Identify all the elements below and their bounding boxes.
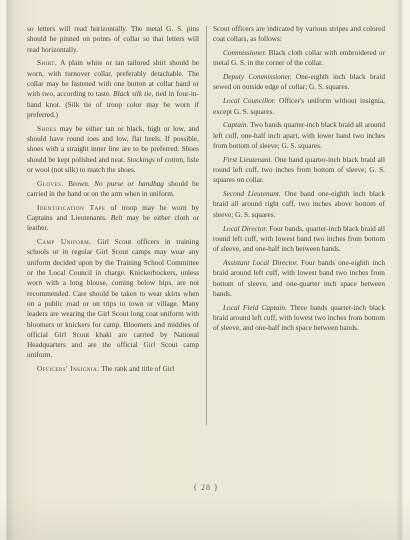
paragraph: Assistant Local Director. Four bands one…: [213, 258, 385, 299]
paragraph: First Lieutenant. One band quarter-inch …: [213, 155, 385, 186]
paragraph-lead: No purse or handbag: [94, 179, 164, 188]
paragraph-lead: Local Director.: [223, 224, 267, 233]
text-segment: Scout officers are indicated by various …: [213, 24, 385, 43]
paragraph-lead: Camp Uniform.: [37, 237, 91, 246]
paragraph: Scout officers are indicated by various …: [213, 24, 385, 45]
paragraph: Local Councillor. Officer's uniform with…: [213, 96, 385, 117]
paragraph-lead: First Lieutenant.: [223, 155, 272, 164]
paragraph-lead: Local Councillor.: [223, 96, 276, 105]
paragraph: Second Lieutenant. One band one-eighth i…: [213, 189, 385, 220]
right-column: Scout officers are indicated by various …: [213, 24, 385, 378]
text-segment: Girl Scout officers in training schools …: [27, 237, 199, 359]
paragraph-lead: Second Lieutenant.: [223, 189, 281, 198]
paragraph-lead: Shirt.: [37, 58, 57, 67]
paragraph-lead: Officers' Insignia.: [37, 364, 99, 373]
scanned-book-page: so letters will read horizontally. The m…: [0, 0, 410, 540]
paragraph-lead: Shoes: [37, 124, 57, 133]
paragraph-lead: Belt: [111, 213, 123, 222]
paragraph-lead: Gloves.: [37, 179, 64, 188]
paragraph: so letters will read horizontally. The m…: [27, 24, 199, 55]
paragraph: Officers' Insignia. The rank and title o…: [27, 364, 199, 374]
paragraph: Captain. Two bands quarter-inch black br…: [213, 120, 385, 151]
text-segment: Brown.: [64, 179, 94, 188]
page-number: { 28 }: [27, 483, 385, 492]
paragraph-lead: Deputy Commissioner.: [223, 72, 292, 81]
left-column: so letters will read horizontally. The m…: [27, 24, 199, 378]
paragraph-lead: Commissioner.: [223, 48, 266, 57]
paragraph-lead: Black silk tie: [113, 89, 151, 98]
paragraph: Local Director. Four bands, quarter-inch…: [213, 224, 385, 255]
paragraph-lead: Assistant Local Director.: [223, 258, 298, 267]
paragraph-lead: Identification Tape: [37, 203, 106, 212]
text-segment: so letters will read horizontally. The m…: [27, 24, 199, 54]
paragraph: Identification Tape of troop may be worn…: [27, 203, 199, 234]
paragraph-lead: Stockings: [127, 155, 155, 164]
paragraph-lead: Local Field Captain.: [223, 303, 287, 312]
text-segment: The rank and title of Girl: [99, 364, 174, 373]
paragraph: Shirt. A plain white or tan tailored shi…: [27, 58, 199, 120]
paragraph: Gloves. Brown. No purse or handbag shoul…: [27, 179, 199, 200]
column-divider-rule: [206, 26, 207, 425]
paragraph: Local Field Captain. Three bands quarter…: [213, 303, 385, 334]
paragraph: Commissioner. Black cloth collar with em…: [213, 48, 385, 69]
paragraph: Deputy Commissioner. One-eighth inch bla…: [213, 72, 385, 93]
paragraph: Camp Uniform. Girl Scout officers in tra…: [27, 237, 199, 361]
paragraph: Shoes may be either tan or black, high o…: [27, 124, 199, 175]
paragraph-lead: Captain.: [223, 120, 248, 129]
